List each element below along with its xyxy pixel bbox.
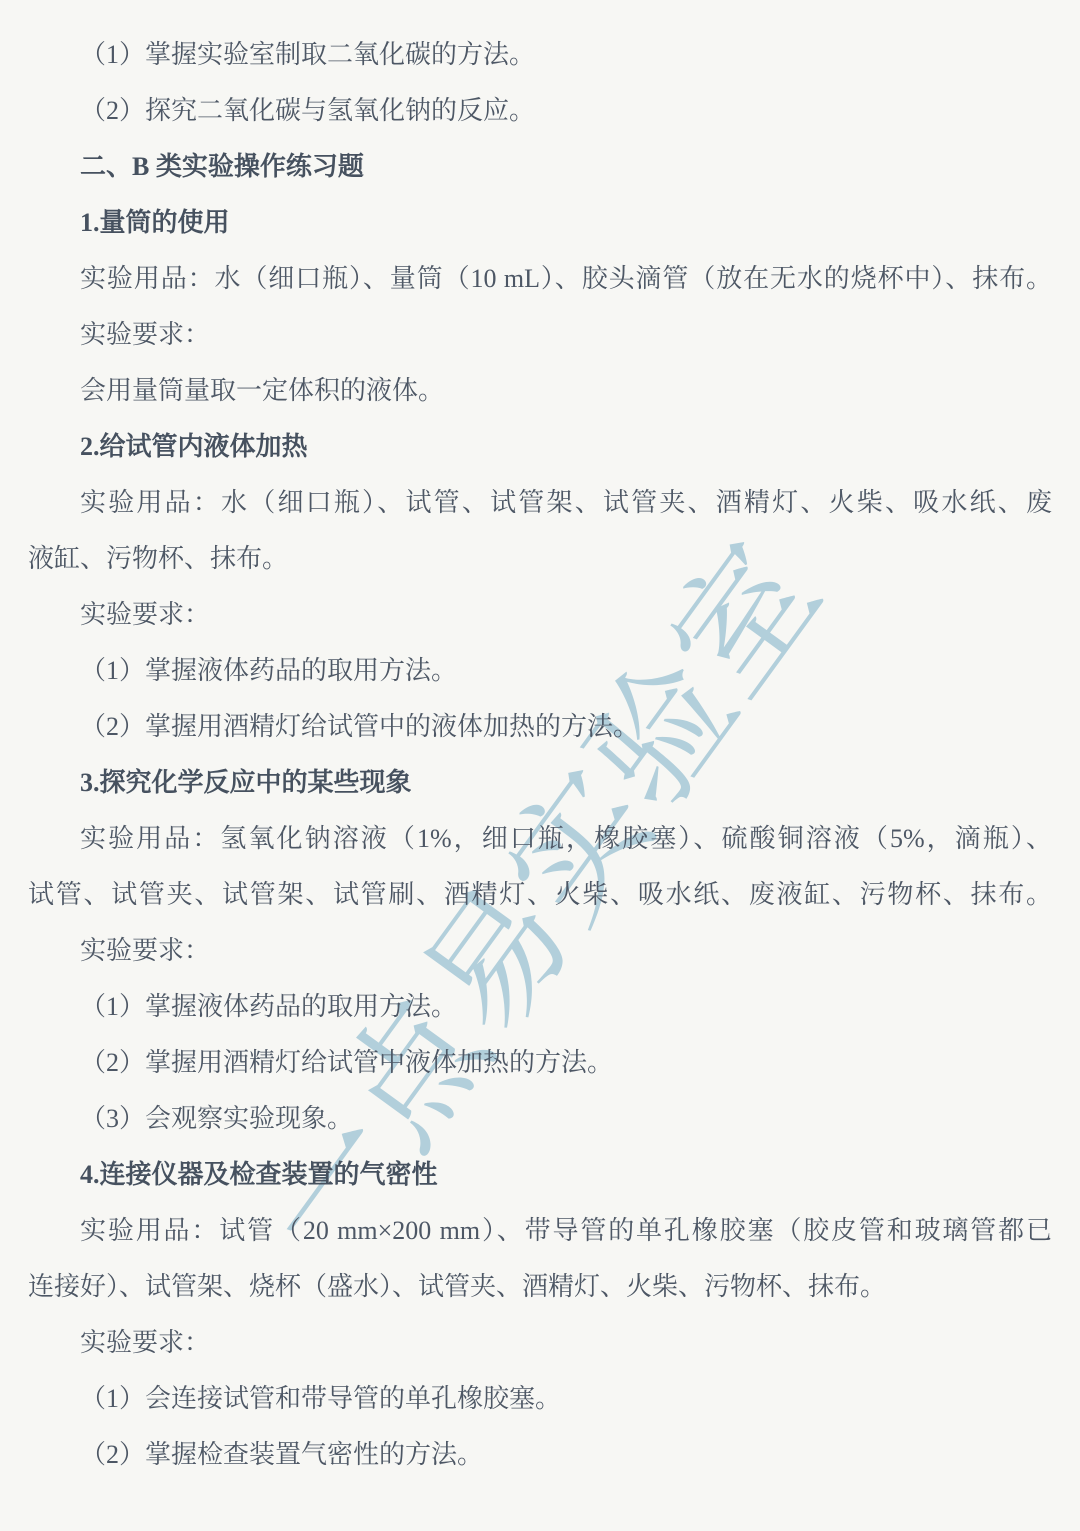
requirements-label: 实验要求： (28, 587, 1052, 643)
supplies-line-cont: 试管、试管夹、试管架、试管刷、酒精灯、火柴、吸水纸、废液缸、污物杯、抹布。 (28, 867, 1052, 923)
requirement-line: 会用量筒量取一定体积的液体。 (28, 363, 1052, 419)
supplies-line: 实验用品：试管（20 mm×200 mm）、带导管的单孔橡胶塞（胶皮管和玻璃管都… (28, 1203, 1052, 1259)
supplies-line-cont: 连接好）、试管架、烧杯（盛水）、试管夹、酒精灯、火柴、污物杯、抹布。 (28, 1259, 1052, 1315)
section-heading: 二、B 类实验操作练习题 (28, 139, 1052, 195)
goal-line: （2）探究二氧化碳与氢氧化钠的反应。 (28, 83, 1052, 139)
requirement-line: （1）掌握液体药品的取用方法。 (28, 643, 1052, 699)
item-title: 2.给试管内液体加热 (28, 419, 1052, 475)
supplies-line: 实验用品：水（细口瓶）、试管、试管架、试管夹、酒精灯、火柴、吸水纸、废 (28, 475, 1052, 531)
requirement-line: （2）掌握用酒精灯给试管中的液体加热的方法。 (28, 699, 1052, 755)
requirement-line: （2）掌握检查装置气密性的方法。 (28, 1427, 1052, 1483)
document-content: （1）掌握实验室制取二氧化碳的方法。 （2）探究二氧化碳与氢氧化钠的反应。 二、… (0, 0, 1080, 1483)
document-page: 一点易实验室 （1）掌握实验室制取二氧化碳的方法。 （2）探究二氧化碳与氢氧化钠… (0, 0, 1080, 1531)
requirements-label: 实验要求： (28, 307, 1052, 363)
requirement-line: （1）掌握液体药品的取用方法。 (28, 979, 1052, 1035)
item-title: 3.探究化学反应中的某些现象 (28, 755, 1052, 811)
item-title: 1.量筒的使用 (28, 195, 1052, 251)
supplies-line-cont: 液缸、污物杯、抹布。 (28, 531, 1052, 587)
supplies-line: 实验用品：水（细口瓶）、量筒（10 mL）、胶头滴管（放在无水的烧杯中）、抹布。 (28, 251, 1052, 307)
requirements-label: 实验要求： (28, 1315, 1052, 1371)
goal-line: （1）掌握实验室制取二氧化碳的方法。 (28, 27, 1052, 83)
requirement-line: （3）会观察实验现象。 (28, 1091, 1052, 1147)
item-title: 4.连接仪器及检查装置的气密性 (28, 1147, 1052, 1203)
requirement-line: （1）会连接试管和带导管的单孔橡胶塞。 (28, 1371, 1052, 1427)
requirements-label: 实验要求： (28, 923, 1052, 979)
requirement-line: （2）掌握用酒精灯给试管中液体加热的方法。 (28, 1035, 1052, 1091)
supplies-line: 实验用品：氢氧化钠溶液（1%，细口瓶，橡胶塞）、硫酸铜溶液（5%，滴瓶）、 (28, 811, 1052, 867)
